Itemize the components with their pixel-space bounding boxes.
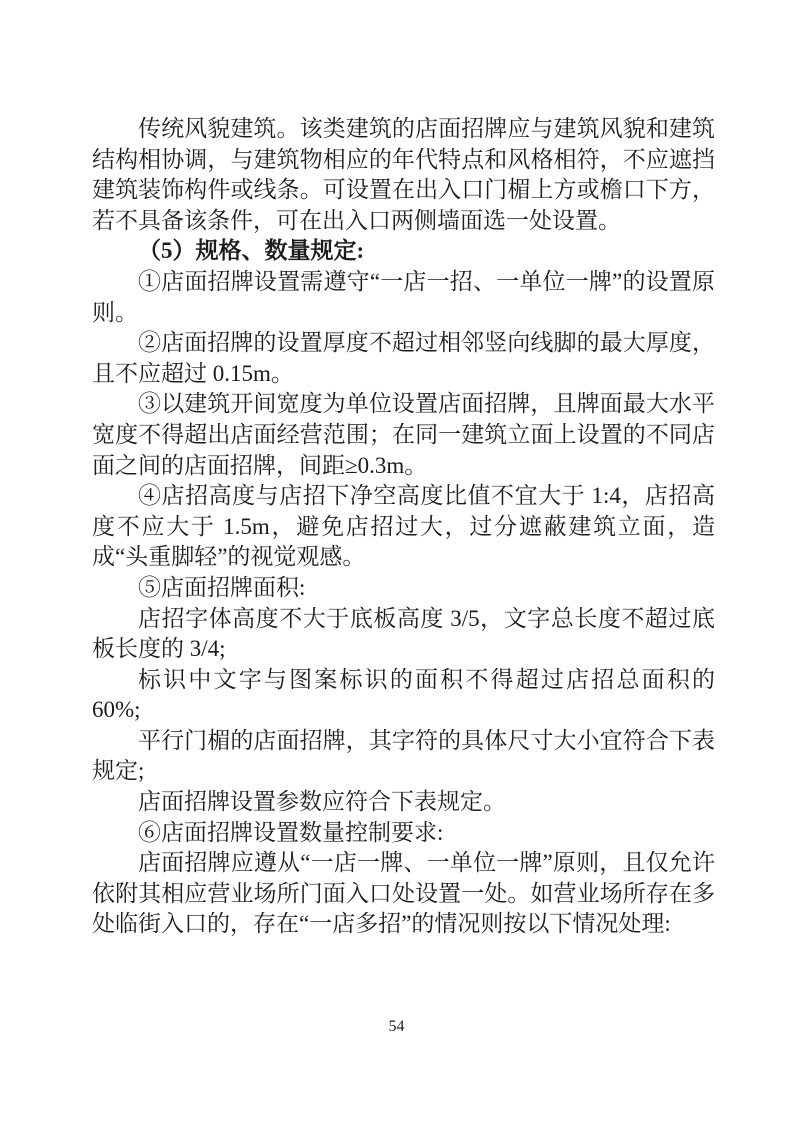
paragraph-item-2: ②店面招牌的设置厚度不超过相邻竖向线脚的最大厚度，且不应超过 0.15m。 — [92, 328, 715, 389]
document-body: 传统风貌建筑。该类建筑的店面招牌应与建筑风貌和建筑结构相协调，与建筑物相应的年代… — [92, 114, 715, 940]
page-number: 54 — [0, 1018, 793, 1036]
paragraph-item-6-sub-1: 店面招牌应遵从“一店一牌、一单位一牌”原则，且仅允许依附其相应营业场所门面入口处… — [92, 848, 715, 940]
paragraph-item-5-sub-3: 平行门楣的店面招牌，其字符的具体尺寸大小宜符合下表规定; — [92, 726, 715, 787]
section-heading-5: （5）规格、数量规定: — [92, 236, 715, 267]
paragraph-item-5-sub-1: 店招字体高度不大于底板高度 3/5，文字总长度不超过底板长度的 3/4; — [92, 604, 715, 665]
paragraph-item-5-sub-4: 店面招牌设置参数应符合下表规定。 — [92, 787, 715, 818]
paragraph-item-6: ⑥店面招牌设置数量控制要求: — [92, 818, 715, 849]
paragraph-item-1: ①店面招牌设置需遵守“一店一招、一单位一牌”的设置原则。 — [92, 267, 715, 328]
paragraph-item-3: ③以建筑开间宽度为单位设置店面招牌，且牌面最大水平宽度不得超出店面经营范围；在同… — [92, 389, 715, 481]
paragraph-item-4: ④店招高度与店招下净空高度比值不宜大于 1:4，店招高度不应大于 1.5m，避免… — [92, 481, 715, 573]
document-page: 传统风貌建筑。该类建筑的店面招牌应与建筑风貌和建筑结构相协调，与建筑物相应的年代… — [0, 0, 793, 1122]
paragraph-intro: 传统风貌建筑。该类建筑的店面招牌应与建筑风貌和建筑结构相协调，与建筑物相应的年代… — [92, 114, 715, 236]
paragraph-item-5-sub-2: 标识中文字与图案标识的面积不得超过店招总面积的 60%; — [92, 665, 715, 726]
paragraph-item-5: ⑤店面招牌面积: — [92, 573, 715, 604]
